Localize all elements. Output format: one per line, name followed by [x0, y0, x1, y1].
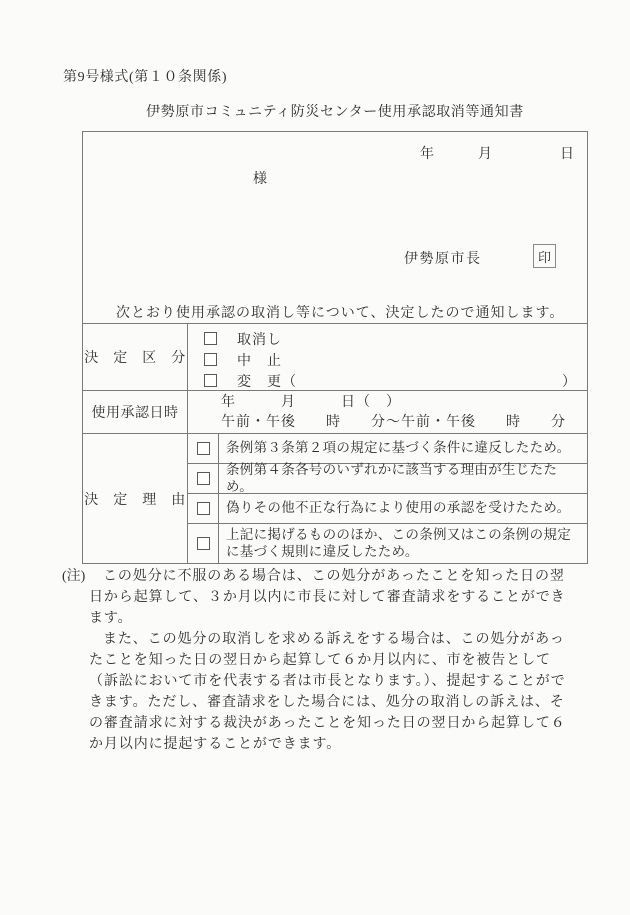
- checkbox-reason-1-icon[interactable]: [197, 442, 210, 455]
- date-month-label: 月: [478, 147, 492, 162]
- option-change-label: 変 更（: [237, 371, 297, 391]
- date-year-label: 年: [420, 147, 434, 162]
- approved-date-line: 年 月 日（ ）: [221, 393, 587, 413]
- option-cancel: 取消し: [204, 328, 581, 349]
- checkbox-reason-2-icon[interactable]: [197, 472, 210, 485]
- checkbox-reason-4-icon[interactable]: [197, 537, 210, 550]
- approved-time-line: 午前・午後 時 分～午前・午後 時 分: [221, 413, 587, 433]
- sender-name: 伊勢原市長: [404, 248, 482, 268]
- seal-box: 印: [533, 244, 556, 268]
- decision-reason-list: 条例第３条第２項の規定に基づく条件に違反したため。 条例第４条各号のいずれかに該…: [188, 434, 587, 563]
- letter-header: 年月日 様 伊勢原市長 印 次とおり使用承認の取消し等について、決定したので通知…: [83, 132, 587, 324]
- option-change: 変 更（ ）: [204, 370, 581, 391]
- option-cancel-label: 取消し: [237, 329, 282, 349]
- reason-2-checkbox-cell: [188, 464, 219, 493]
- page-title: 伊勢原市コミュニティ防災センター使用承認取消等通知書: [82, 101, 588, 121]
- notes-paragraph-appeal: この処分に不服のある場合は、この処分があったことを知った日の翌日から起算して、３…: [89, 566, 571, 629]
- decision-category-label: 決 定 区 分: [83, 324, 188, 390]
- decision-category-options: 取消し 中 止 変 更（ ）: [188, 324, 587, 390]
- reason-4-text: 上記に掲げるもののほか、この条例又はこの条例の規定に基づく規則に違反したため。: [219, 524, 587, 563]
- decision-reason-label: 決 定 理 由: [83, 434, 188, 563]
- reason-3-checkbox-cell: [188, 494, 219, 523]
- reason-row-1: 条例第３条第２項の規定に基づく条件に違反したため。: [188, 434, 587, 464]
- option-change-close-paren: ）: [562, 371, 577, 391]
- reason-2-text: 条例第４条各号のいずれかに該当する理由が生じたため。: [219, 464, 587, 493]
- reason-row-2: 条例第４条各号のいずれかに該当する理由が生じたため。: [188, 464, 587, 494]
- checkbox-change-icon[interactable]: [204, 374, 217, 387]
- reason-row-3: 偽りその他不正な行為により使用の承認を受けたため。: [188, 494, 587, 524]
- approved-datetime-value: 年 月 日（ ） 午前・午後 時 分～午前・午後 時 分: [188, 391, 587, 433]
- seal-label: 印: [538, 247, 551, 266]
- notes-paragraph-lawsuit: また、この処分の取消しを求める訴えをする場合は、この処分があったことを知った日の…: [89, 629, 571, 755]
- date-day-label: 日: [560, 147, 574, 162]
- notes-section: (注) この処分に不服のある場合は、この処分があったことを知った日の翌日から起算…: [62, 566, 571, 755]
- decision-reason-row: 決 定 理 由 条例第３条第２項の規定に基づく条件に違反したため。 条例第４条各…: [83, 434, 587, 563]
- issue-date-line: 年月日: [420, 143, 574, 163]
- checkbox-suspend-icon[interactable]: [204, 353, 217, 366]
- reason-row-4: 上記に掲げるもののほか、この条例又はこの条例の規定に基づく規則に違反したため。: [188, 524, 587, 563]
- decision-category-row: 決 定 区 分 取消し 中 止 変 更（ ）: [83, 324, 587, 391]
- checkbox-cancel-icon[interactable]: [204, 332, 217, 345]
- form-number: 第9号様式(第１０条関係): [63, 66, 227, 86]
- notes-body: この処分に不服のある場合は、この処分があったことを知った日の翌日から起算して、３…: [89, 566, 571, 755]
- notes-label: (注): [62, 566, 89, 755]
- reason-4-checkbox-cell: [188, 524, 219, 563]
- reason-1-text: 条例第３条第２項の規定に基づく条件に違反したため。: [219, 434, 587, 463]
- option-suspend: 中 止: [204, 349, 581, 370]
- notice-sentence: 次とおり使用承認の取消し等について、決定したので通知します。: [116, 302, 564, 322]
- document-page: 第9号様式(第１０条関係) 伊勢原市コミュニティ防災センター使用承認取消等通知書…: [0, 0, 630, 915]
- reason-1-checkbox-cell: [188, 434, 219, 463]
- approved-datetime-row: 使用承認日時 年 月 日（ ） 午前・午後 時 分～午前・午後 時 分: [83, 391, 587, 434]
- reason-3-text: 偽りその他不正な行為により使用の承認を受けたため。: [219, 494, 587, 523]
- checkbox-reason-3-icon[interactable]: [197, 502, 210, 515]
- addressee-honorific: 様: [253, 168, 268, 188]
- option-suspend-label: 中 止: [237, 350, 282, 370]
- notice-box: 年月日 様 伊勢原市長 印 次とおり使用承認の取消し等について、決定したので通知…: [82, 131, 588, 564]
- approved-datetime-label: 使用承認日時: [83, 391, 188, 433]
